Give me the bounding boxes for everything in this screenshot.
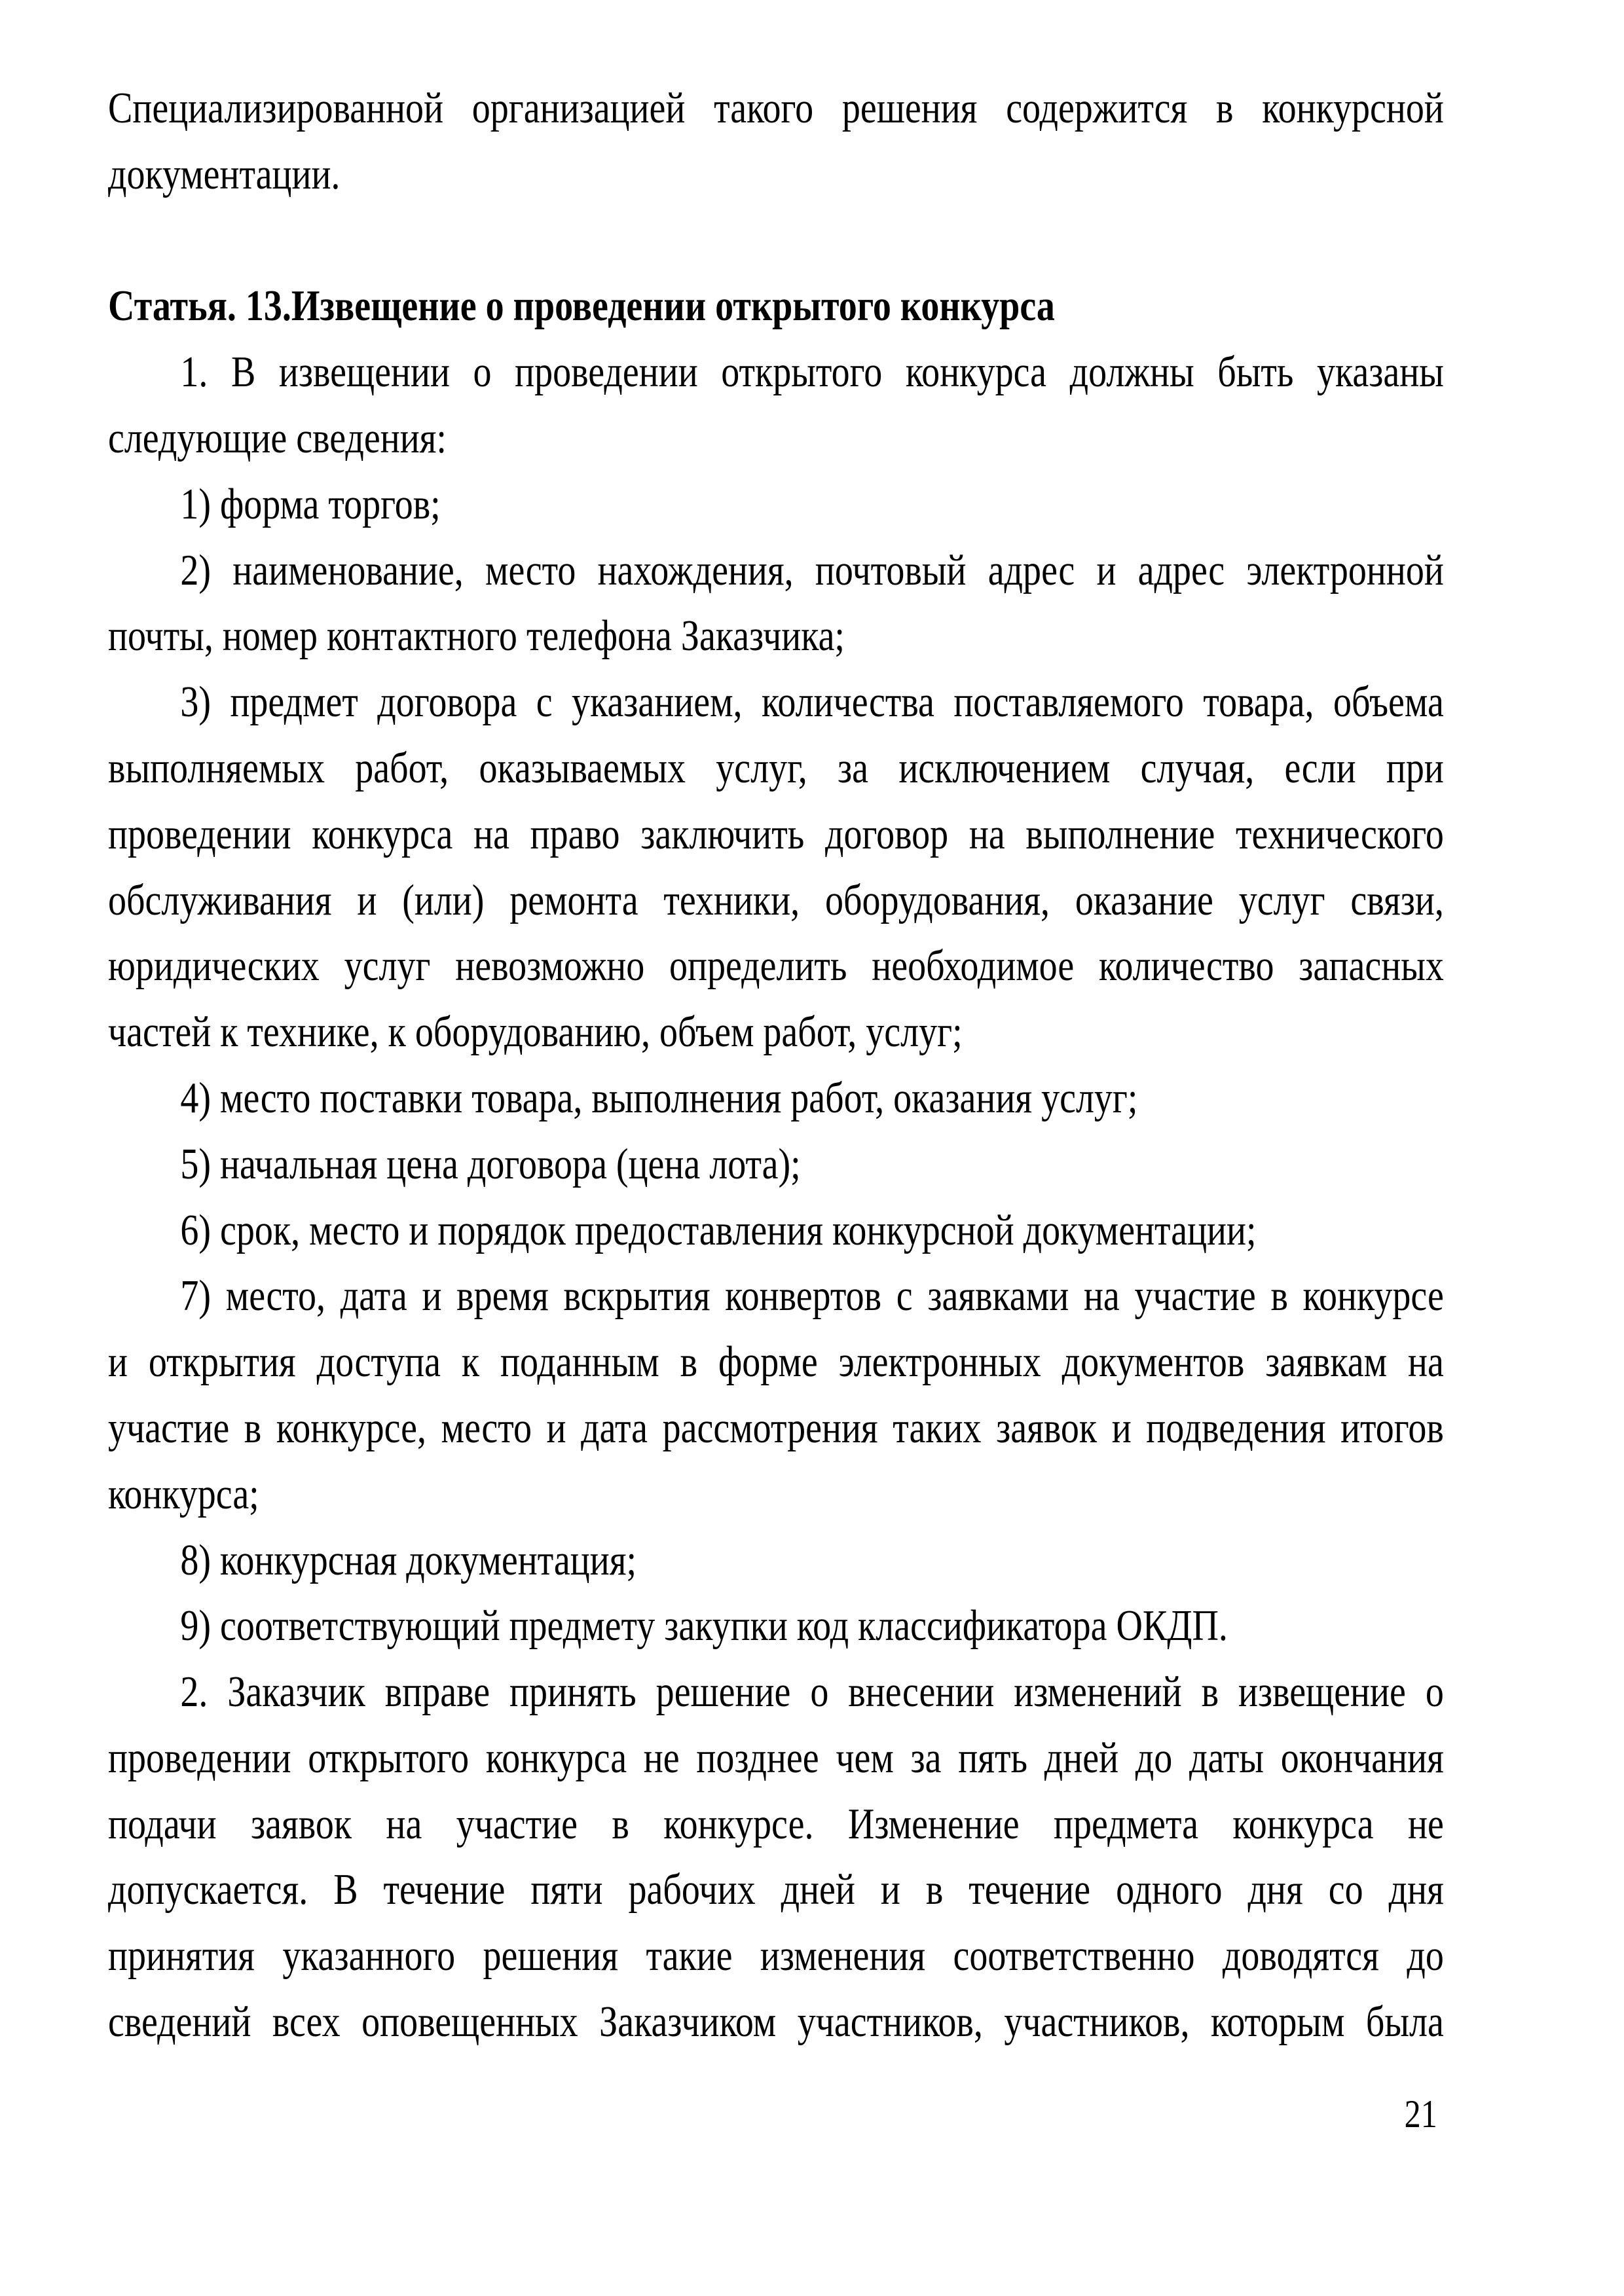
item-7-line-3: участие в конкурсе, место и дата рассмот… xyxy=(108,1406,1444,1450)
prev-paragraph-line-1: Специализированной организацией такого р… xyxy=(108,86,1444,130)
item-5-line: 5) начальная цена договора (цена лота); xyxy=(108,1142,1444,1186)
clause-2-line-6: сведений всех оповещенных Заказчиком уча… xyxy=(108,2000,1444,2044)
item-4-line: 4) место поставки товара, выполнения раб… xyxy=(108,1076,1444,1120)
item-3-line-2: выполняемых работ, оказываемых услуг, за… xyxy=(108,746,1444,790)
item-3-line-6: частей к технике, к оборудованию, объем … xyxy=(108,1010,1444,1054)
item-2-line-2: почты, номер контактного телефона Заказч… xyxy=(108,614,1444,658)
clause-2-line-5: принятия указанного решения такие измене… xyxy=(108,1934,1444,1978)
item-3-line-4: обслуживания и (или) ремонта техники, об… xyxy=(108,879,1444,922)
item-1-line: 1) форма торгов; xyxy=(108,483,1444,526)
item-8-line: 8) конкурсная документация; xyxy=(108,1539,1444,1582)
page-number: 21 xyxy=(108,2094,1437,2134)
clause-2-line-4: допускается. В течение пяти рабочих дней… xyxy=(108,1868,1444,1912)
prev-paragraph-line-2: документации. xyxy=(108,153,1444,196)
item-3-line-5: юридических услуг невозможно определить … xyxy=(108,944,1444,988)
article-13-heading: Статья. 13.Извещение о проведении открыт… xyxy=(108,284,1444,328)
clause-2-line-2: проведении открытого конкурса не позднее… xyxy=(108,1736,1444,1780)
clause-2-line-3: подачи заявок на участие в конкурсе. Изм… xyxy=(108,1802,1444,1846)
document-page: Специализированной организацией такого р… xyxy=(0,0,1624,2296)
item-3-line-1: 3) предмет договора с указанием, количес… xyxy=(108,680,1444,724)
item-7-line-2: и открытия доступа к поданным в форме эл… xyxy=(108,1340,1444,1384)
item-7-line-4: конкурса; xyxy=(108,1472,1444,1516)
clause-1-line-1: 1. В извещении о проведении открытого ко… xyxy=(108,350,1444,394)
clause-1-line-2: следующие сведения: xyxy=(108,416,1444,460)
item-3-line-3: проведении конкурса на право заключить д… xyxy=(108,812,1444,856)
item-2-line-1: 2) наименование, место нахождения, почто… xyxy=(108,549,1444,592)
item-6-line: 6) срок, место и порядок предоставления … xyxy=(108,1209,1444,1252)
item-7-line-1: 7) место, дата и время вскрытия конверто… xyxy=(108,1274,1444,1318)
clause-2-line-1: 2. Заказчик вправе принять решение о вне… xyxy=(108,1670,1444,1714)
item-9-line: 9) соответствующий предмету закупки код … xyxy=(108,1604,1444,1648)
